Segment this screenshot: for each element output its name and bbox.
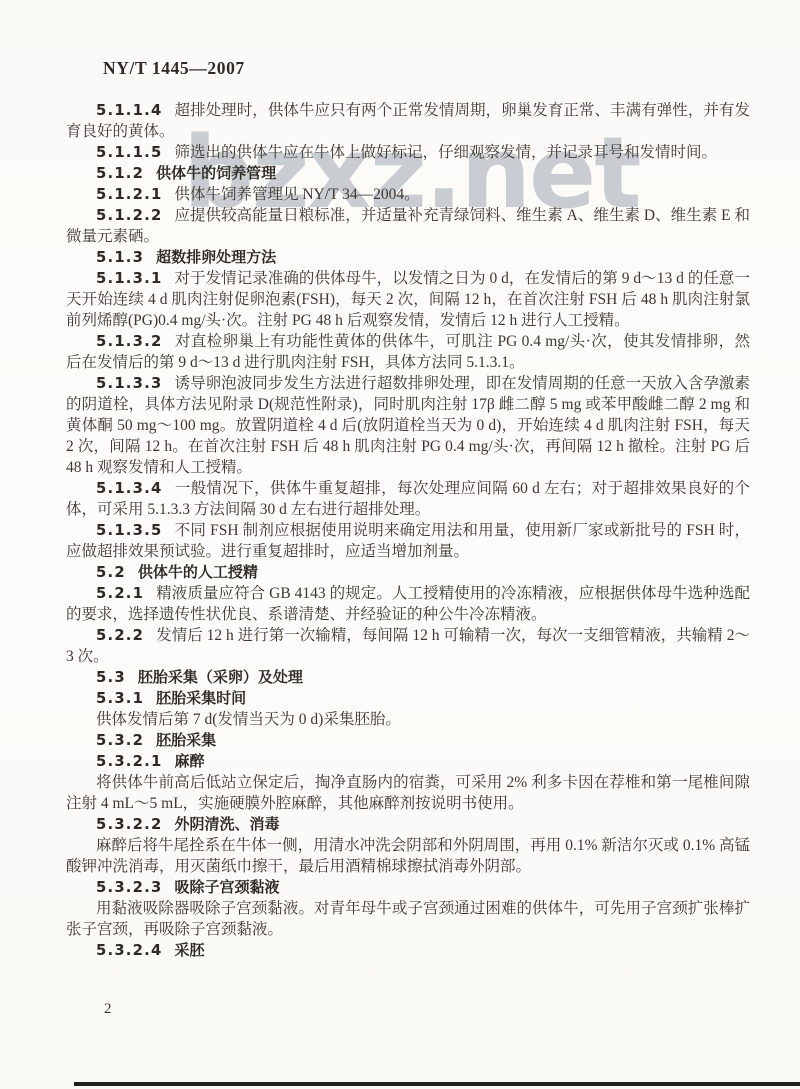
clause-heading: 5.1.2供体牛的饲养管理	[66, 163, 750, 184]
body-paragraph: 用黏液吸除器吸除子宫颈黏液。对青年母牛或子宫颈通过困难的供体牛，可先用子宫颈扩张…	[66, 898, 750, 940]
clause-paragraph: 5.1.1.4超排处理时，供体牛应只有两个正常发情周期，卵巢发育正常、丰满有弹性…	[66, 100, 750, 142]
clause-heading: 5.3.2.4采胚	[66, 940, 750, 961]
clause-title: 供体牛的人工授精	[138, 563, 258, 581]
page-number: 2	[104, 1001, 112, 1018]
body-paragraph: 供体发情后第 7 d(发情当天为 0 d)采集胚胎。	[66, 709, 750, 730]
clause-text: 一般情况下，供体牛重复超排，每次处理应间隔 60 d 左右；对于超排效果良好的个…	[66, 480, 750, 518]
clause-title: 供体牛的饲养管理	[156, 164, 276, 182]
clause-heading: 5.3胚胎采集（采卵）及处理	[66, 667, 750, 688]
clause-number: 5.1.3	[96, 249, 144, 266]
clause-number: 5.1.3.5	[96, 522, 162, 539]
clause-text: 供体牛饲养管理见 NY/T 34—2004。	[174, 186, 419, 203]
bottom-scan-line	[74, 1082, 800, 1086]
clause-text: 对直检卵巢上有功能性黄体的供体牛，可肌注 PG 0.4 mg/头·次，使其发情排…	[66, 333, 750, 371]
clause-number: 5.1.2.2	[96, 207, 162, 224]
clause-number: 5.1.3.1	[96, 270, 162, 287]
clause-number: 5.3.2	[96, 732, 144, 749]
clause-number: 5.1.1.4	[96, 102, 162, 119]
clause-title: 超数排卵处理方法	[156, 248, 276, 266]
clause-text: 将供体牛前高后低站立保定后，掏净直肠内的宿粪，可采用 2% 利多卡因在荐椎和第一…	[66, 774, 750, 812]
clause-paragraph: 5.2.1精液质量应符合 GB 4143 的规定。人工授精使用的冷冻精液，应根据…	[66, 583, 750, 625]
clause-title: 胚胎采集	[156, 731, 216, 749]
clause-paragraph: 5.1.2.2应提供较高能量日粮标准，并适量补充青绿饲料、维生素 A、维生素 D…	[66, 205, 750, 247]
clause-text: 精液质量应符合 GB 4143 的规定。人工授精使用的冷冻精液，应根据供体母牛选…	[66, 585, 750, 623]
clause-number: 5.2.2	[96, 627, 144, 644]
clause-title: 外阴清洗、消毒	[174, 815, 279, 833]
clause-number: 5.3.1	[96, 690, 144, 707]
clause-number: 5.3	[96, 669, 126, 686]
clause-number: 5.2	[96, 564, 126, 581]
clause-paragraph: 5.2.2发情后 12 h 进行第一次输精，每间隔 12 h 可输精一次，每次一…	[66, 625, 750, 667]
clause-number: 5.3.2.1	[96, 753, 162, 770]
clause-heading: 5.3.2.3吸除子宫颈黏液	[66, 877, 750, 898]
clause-number: 5.3.2.3	[96, 879, 162, 896]
clause-number: 5.1.3.2	[96, 333, 162, 350]
clause-text: 对于发情记录准确的供体母牛，以发情之日为 0 d，在发情后的第 9 d～13 d…	[66, 270, 750, 329]
clause-paragraph: 5.1.1.5筛选出的供体牛应在牛体上做好标记，仔细观察发情，并记录耳号和发情时…	[66, 142, 750, 163]
clause-number: 5.1.2.1	[96, 186, 162, 203]
clause-paragraph: 5.1.3.3诱导卵泡波同步发生方法进行超数排卵处理，即在发情周期的任意一天放入…	[66, 373, 750, 478]
clause-number: 5.1.3.4	[96, 480, 162, 497]
clause-text: 不同 FSH 制剂应根据使用说明来确定用法和用量，使用新厂家或新批号的 FSH …	[66, 522, 750, 560]
clause-text: 麻醉后将牛尾拴系在牛体一侧，用清水冲洗会阴部和外阴周围，再用 0.1% 新洁尔灭…	[66, 837, 750, 875]
body-paragraph: 麻醉后将牛尾拴系在牛体一侧，用清水冲洗会阴部和外阴周围，再用 0.1% 新洁尔灭…	[66, 835, 750, 877]
standard-code-header: NY/T 1445—2007	[103, 58, 245, 79]
body-paragraph: 将供体牛前高后低站立保定后，掏净直肠内的宿粪，可采用 2% 利多卡因在荐椎和第一…	[66, 772, 750, 814]
clause-number: 5.1.2	[96, 165, 144, 182]
clause-text: 超排处理时，供体牛应只有两个正常发情周期，卵巢发育正常、丰满有弹性，并有发育良好…	[66, 102, 750, 140]
clause-title: 麻醉	[174, 752, 204, 770]
clause-number: 5.3.2.2	[96, 816, 162, 833]
clause-text: 供体发情后第 7 d(发情当天为 0 d)采集胚胎。	[96, 711, 401, 728]
clause-paragraph: 5.1.2.1供体牛饲养管理见 NY/T 34—2004。	[66, 184, 750, 205]
scanned-standard-page: bzxz.net NY/T 1445—2007 5.1.1.4超排处理时，供体牛…	[0, 0, 800, 1089]
clause-heading: 5.3.1胚胎采集时间	[66, 688, 750, 709]
clause-text: 发情后 12 h 进行第一次输精，每间隔 12 h 可输精一次，每次一支细管精液…	[66, 627, 750, 665]
clause-paragraph: 5.1.3.1对于发情记录准确的供体母牛，以发情之日为 0 d，在发情后的第 9…	[66, 268, 750, 331]
clause-title: 采胚	[174, 941, 204, 959]
clause-number: 5.2.1	[96, 585, 144, 602]
clause-heading: 5.3.2胚胎采集	[66, 730, 750, 751]
clause-heading: 5.1.3超数排卵处理方法	[66, 247, 750, 268]
clause-number: 5.1.1.5	[96, 144, 162, 161]
clause-text: 筛选出的供体牛应在牛体上做好标记，仔细观察发情，并记录耳号和发情时间。	[174, 144, 717, 161]
clause-paragraph: 5.1.3.5不同 FSH 制剂应根据使用说明来确定用法和用量，使用新厂家或新批…	[66, 520, 750, 562]
clause-title: 胚胎采集时间	[156, 689, 246, 707]
clause-title: 吸除子宫颈黏液	[174, 878, 279, 896]
clause-title: 胚胎采集（采卵）及处理	[138, 668, 303, 686]
clause-paragraph: 5.1.3.2对直检卵巢上有功能性黄体的供体牛，可肌注 PG 0.4 mg/头·…	[66, 331, 750, 373]
clause-number: 5.3.2.4	[96, 942, 162, 959]
clause-text: 应提供较高能量日粮标准，并适量补充青绿饲料、维生素 A、维生素 D、维生素 E …	[66, 207, 750, 245]
clause-text: 用黏液吸除器吸除子宫颈黏液。对青年母牛或子宫颈通过困难的供体牛，可先用子宫颈扩张…	[66, 900, 750, 938]
clause-paragraph: 5.1.3.4一般情况下，供体牛重复超排，每次处理应间隔 60 d 左右；对于超…	[66, 478, 750, 520]
clause-heading: 5.2供体牛的人工授精	[66, 562, 750, 583]
document-body: 5.1.1.4超排处理时，供体牛应只有两个正常发情周期，卵巢发育正常、丰满有弹性…	[66, 100, 750, 961]
clause-text: 诱导卵泡波同步发生方法进行超数排卵处理，即在发情周期的任意一天放入含孕激素的阴道…	[66, 375, 750, 476]
clause-heading: 5.3.2.2外阴清洗、消毒	[66, 814, 750, 835]
clause-heading: 5.3.2.1麻醉	[66, 751, 750, 772]
clause-number: 5.1.3.3	[96, 375, 162, 392]
